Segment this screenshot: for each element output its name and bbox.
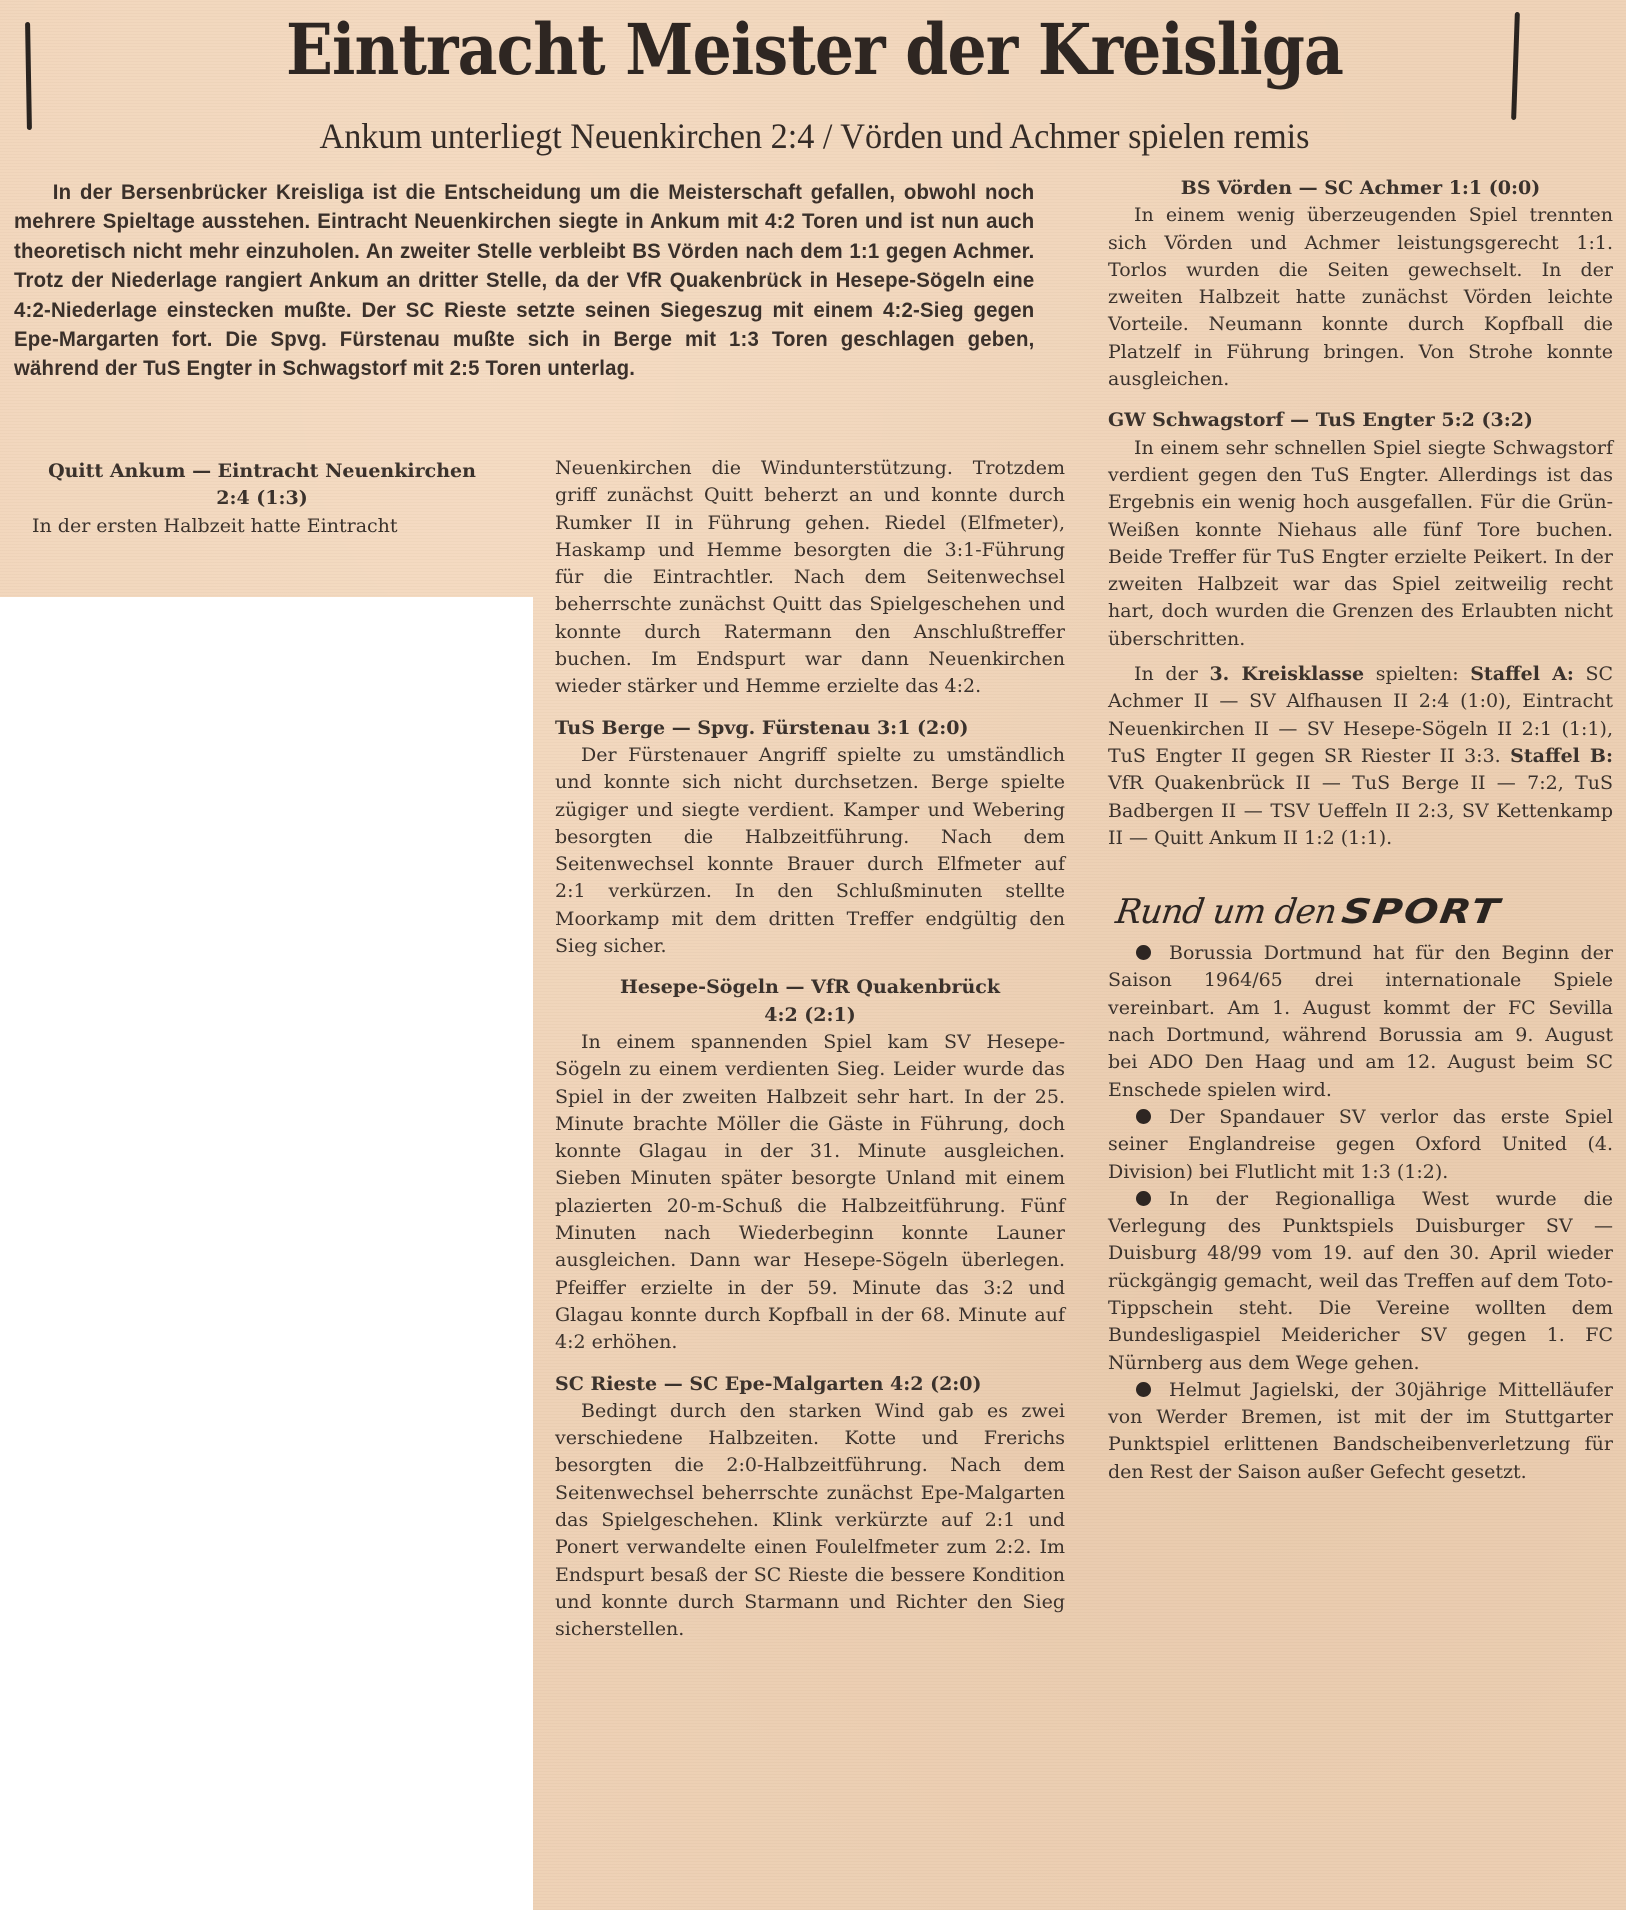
match-report-voerden-achmer: In einem wenig überzeugenden Spiel trenn… bbox=[1108, 202, 1613, 393]
match-report-ankum-neuenkirchen-start: In der ersten Halbzeit hatte Eintracht bbox=[8, 513, 516, 540]
headline: Eintracht Meister der Kreisliga bbox=[98, 8, 1532, 91]
staffel-a-label: Staffel A: bbox=[1470, 663, 1574, 685]
bullet-icon bbox=[1136, 945, 1151, 960]
bullet-icon bbox=[1136, 1109, 1151, 1124]
match-score-ankum-neuenkirchen: 2:4 (1:3) bbox=[8, 485, 516, 512]
brief-text: In der Regionalliga West wurde die Verle… bbox=[1108, 1188, 1613, 1374]
brief-text: Helmut Jagielski, der 30jährige Mittellä… bbox=[1108, 1379, 1613, 1483]
bullet-icon bbox=[1136, 1191, 1151, 1206]
brief-text: Der Spandauer SV verlor das erste Spiel … bbox=[1108, 1106, 1613, 1183]
match-report-hesepe-quakenbrueck: In einem spannenden Spiel kam SV Hesepe-… bbox=[555, 1029, 1065, 1357]
match-title-voerden-achmer: BS Vörden — SC Achmer 1:1 (0:0) bbox=[1108, 175, 1613, 202]
rund-um-den-sport-logo: Rund um den SPORT bbox=[1116, 874, 1613, 926]
match-report-rieste-epe: Bedingt durch den starken Wind gab es zw… bbox=[555, 1398, 1065, 1644]
lead-paragraph: In der Bersenbrücker Kreisliga ist die E… bbox=[14, 178, 1034, 384]
match-report-schwagstorf-engter: In einem sehr schnellen Spiel siegte Sch… bbox=[1108, 435, 1613, 653]
match-title-ankum-neuenkirchen: Quitt Ankum — Eintracht Neuenkirchen bbox=[8, 458, 516, 485]
match-report-ankum-neuenkirchen-cont: Neuenkirchen die Windunterstützung. Trot… bbox=[555, 455, 1065, 701]
kreisklasse-intro: In der bbox=[1134, 663, 1198, 685]
staffel-b-label: Staffel B: bbox=[1510, 745, 1613, 767]
subheadline: Ankum unterliegt Neuenkirchen 2:4 / Vörd… bbox=[41, 115, 1589, 157]
match-title-hesepe-quakenbrueck: Hesepe-Sögeln — VfR Quakenbrück bbox=[555, 974, 1065, 1001]
brief-item: In der Regionalliga West wurde die Verle… bbox=[1108, 1186, 1613, 1377]
match-title-berge-fuerstenau: TuS Berge — Spvg. Fürstenau 3:1 (2:0) bbox=[555, 715, 1065, 742]
match-report-berge-fuerstenau: Der Fürstenauer Angriff spielte zu umstä… bbox=[555, 742, 1065, 960]
kreisklasse-league: 3. Kreisklasse bbox=[1209, 663, 1364, 685]
clipping-cutout-area bbox=[0, 597, 533, 1920]
brief-item: Der Spandauer SV verlor das erste Spiel … bbox=[1108, 1104, 1613, 1186]
logo-script-text: Rund um den bbox=[1114, 899, 1338, 926]
match-title-rieste-epe: SC Rieste — SC Epe-Malgarten 4:2 (2:0) bbox=[555, 1371, 1065, 1398]
column-3: BS Vörden — SC Achmer 1:1 (0:0) In einem… bbox=[1108, 175, 1613, 1486]
logo-sport-text: SPORT bbox=[1340, 901, 1502, 924]
column-1: Quitt Ankum — Eintracht Neuenkirchen 2:4… bbox=[8, 458, 516, 540]
brief-item: Helmut Jagielski, der 30jährige Mittellä… bbox=[1108, 1377, 1613, 1486]
match-title-schwagstorf-engter: GW Schwagstorf — TuS Engter 5:2 (3:2) bbox=[1108, 407, 1613, 434]
brief-item: Borussia Dortmund hat für den Beginn der… bbox=[1108, 940, 1613, 1104]
brief-text: Borussia Dortmund hat für den Beginn der… bbox=[1108, 942, 1613, 1100]
match-score-hesepe-quakenbrueck: 4:2 (2:1) bbox=[555, 1002, 1065, 1029]
kreisklasse-verb: spielten: bbox=[1376, 663, 1459, 685]
bullet-icon bbox=[1136, 1382, 1151, 1397]
staffel-b-results: VfR Quakenbrück II — TuS Berge II — 7:2,… bbox=[1108, 772, 1613, 849]
kreisklasse-results: In der 3. Kreisklasse spielten: Staffel … bbox=[1108, 661, 1613, 852]
column-2: Neuenkirchen die Windunterstützung. Trot… bbox=[555, 455, 1065, 1643]
